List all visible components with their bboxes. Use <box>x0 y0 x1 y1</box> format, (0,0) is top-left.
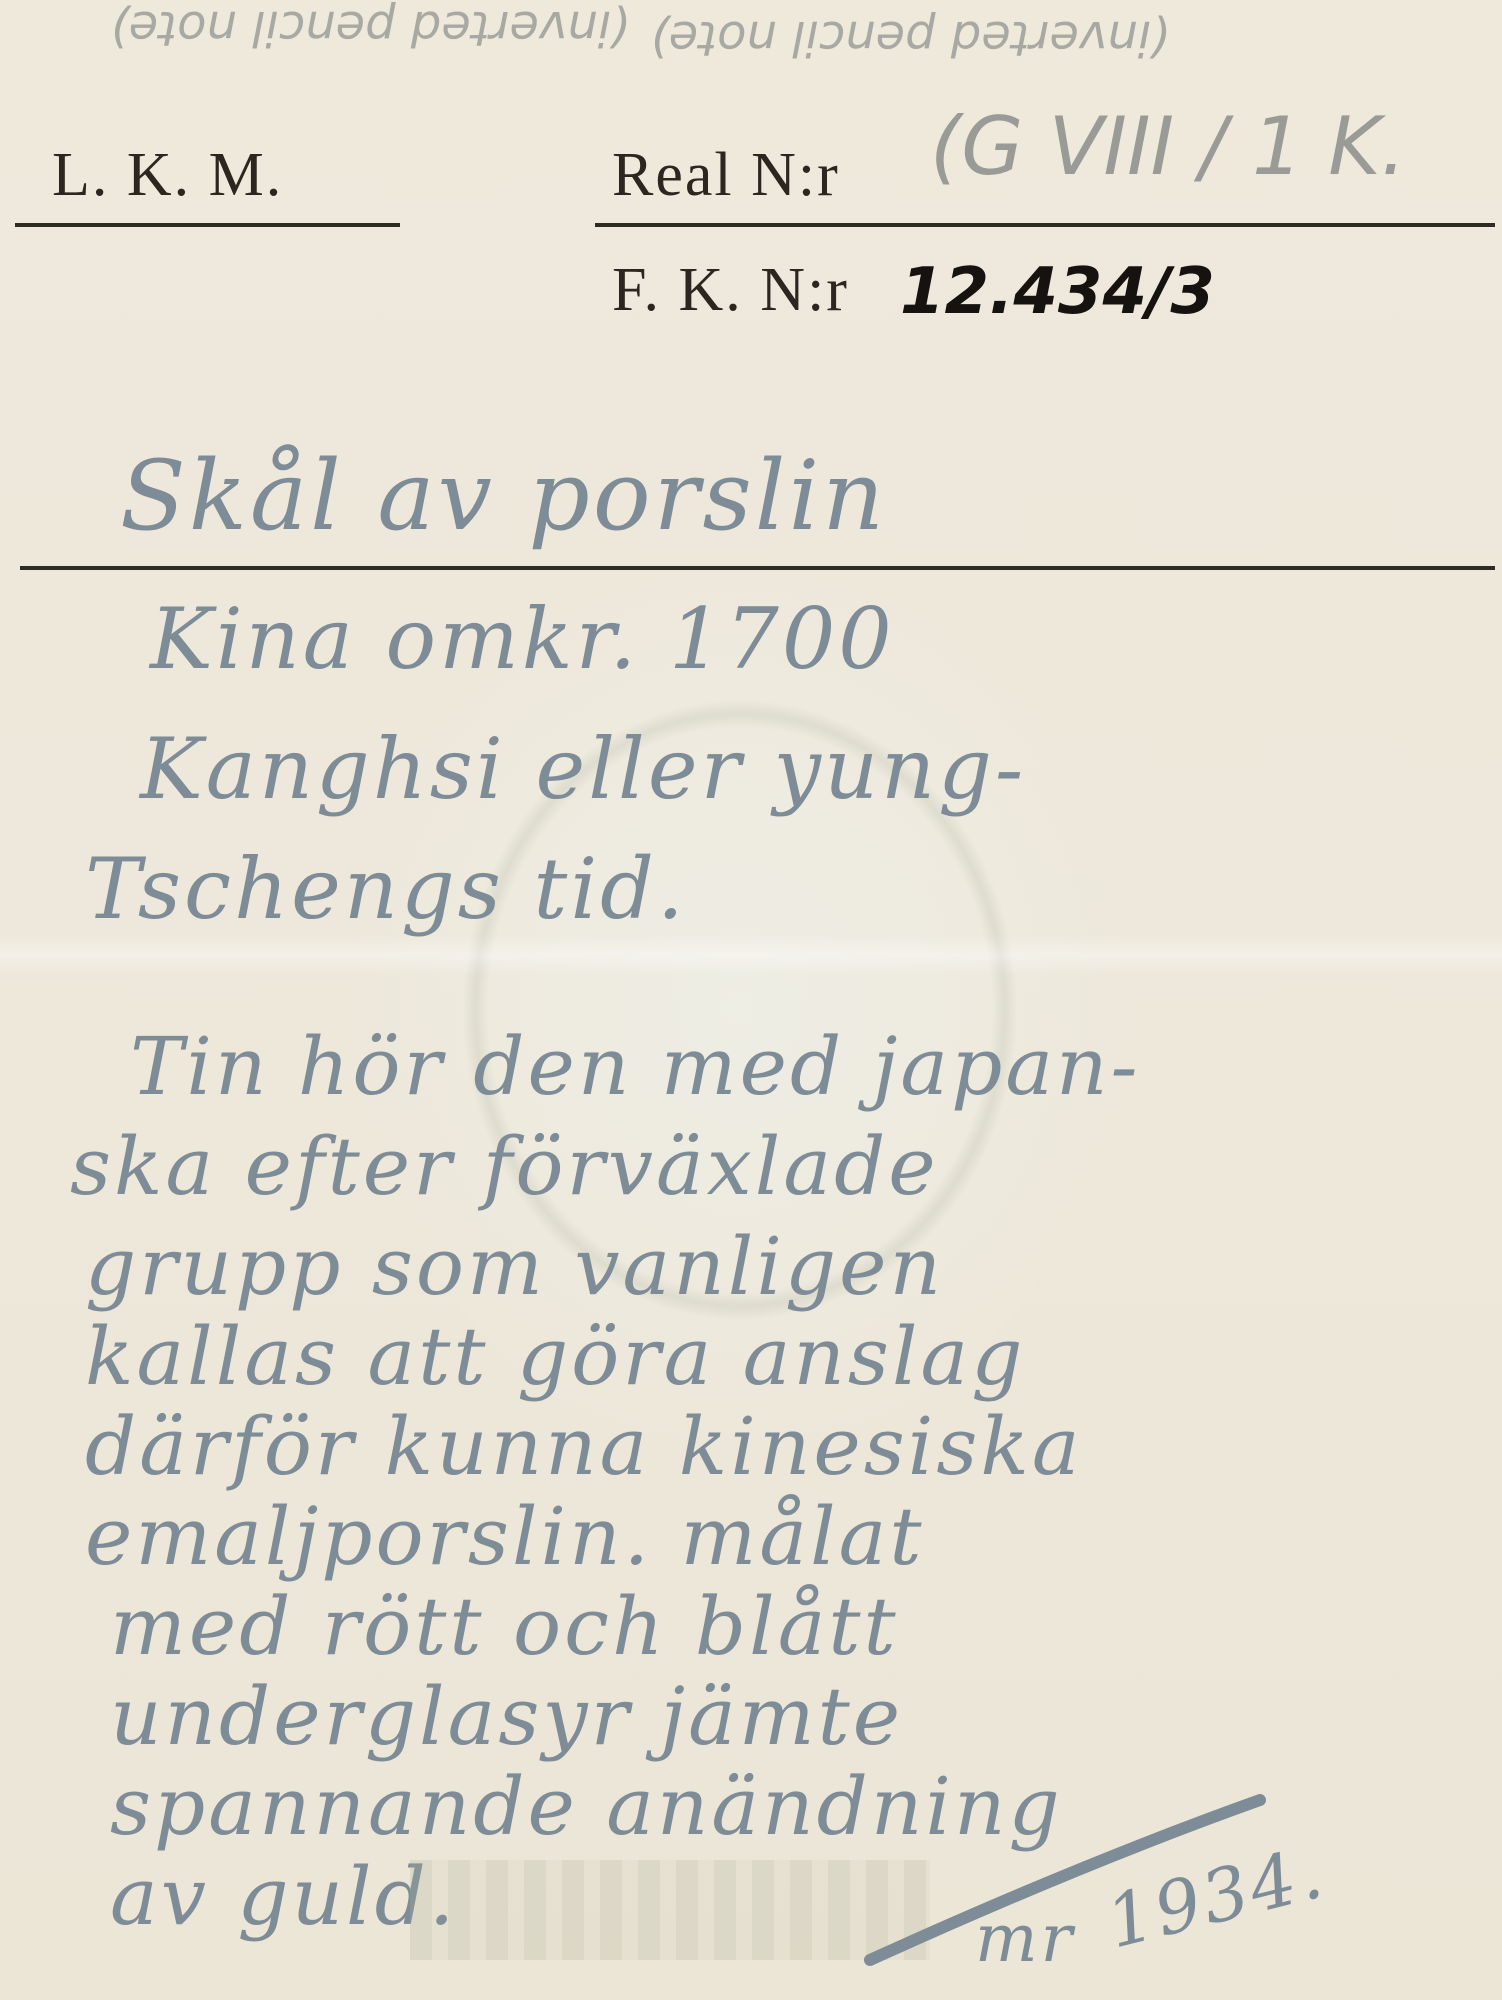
pencil-note-left: (inverted pencil note) <box>110 0 630 56</box>
collection-mark: L. K. M. <box>52 140 283 211</box>
signature-prefix: mr <box>975 1900 1075 1977</box>
body-line: underglasyr jämte <box>110 1670 903 1763</box>
fk-number-label: F. K. N:r <box>612 255 849 326</box>
body-line: Tschengs tid. <box>85 840 687 938</box>
paper-fold <box>0 935 1502 975</box>
body-line: ska efter förväxlade <box>70 1120 939 1213</box>
pencil-note-right: (inverted pencil note) <box>650 10 1170 66</box>
real-number-value: (G VIII / 1 K. <box>930 100 1406 193</box>
body-line: grupp som vanligen <box>85 1220 944 1313</box>
title-rule <box>20 566 1495 570</box>
body-line: därför kunna kinesiska <box>85 1400 1083 1493</box>
body-line: kallas att göra anslag <box>85 1310 1025 1403</box>
body-line: av guld. <box>110 1850 457 1943</box>
body-line: Kina omkr. 1700 <box>150 590 895 688</box>
body-line: emaljporslin. målat <box>85 1490 925 1583</box>
print-show-through <box>410 1860 930 1960</box>
body-line: med rött och blått <box>110 1580 899 1673</box>
object-title: Skål av porslin <box>120 440 887 552</box>
body-line: Kanghsi eller yung- <box>140 720 1026 818</box>
catalog-card: (inverted pencil note) (inverted pencil … <box>0 0 1502 2000</box>
body-line: Tin hör den med japan- <box>130 1020 1141 1113</box>
real-number-label: Real N:r <box>612 140 840 211</box>
fk-number-value: 12.434/3 <box>900 255 1215 329</box>
header-rule-left <box>15 223 400 227</box>
header-rule-right <box>595 223 1495 227</box>
